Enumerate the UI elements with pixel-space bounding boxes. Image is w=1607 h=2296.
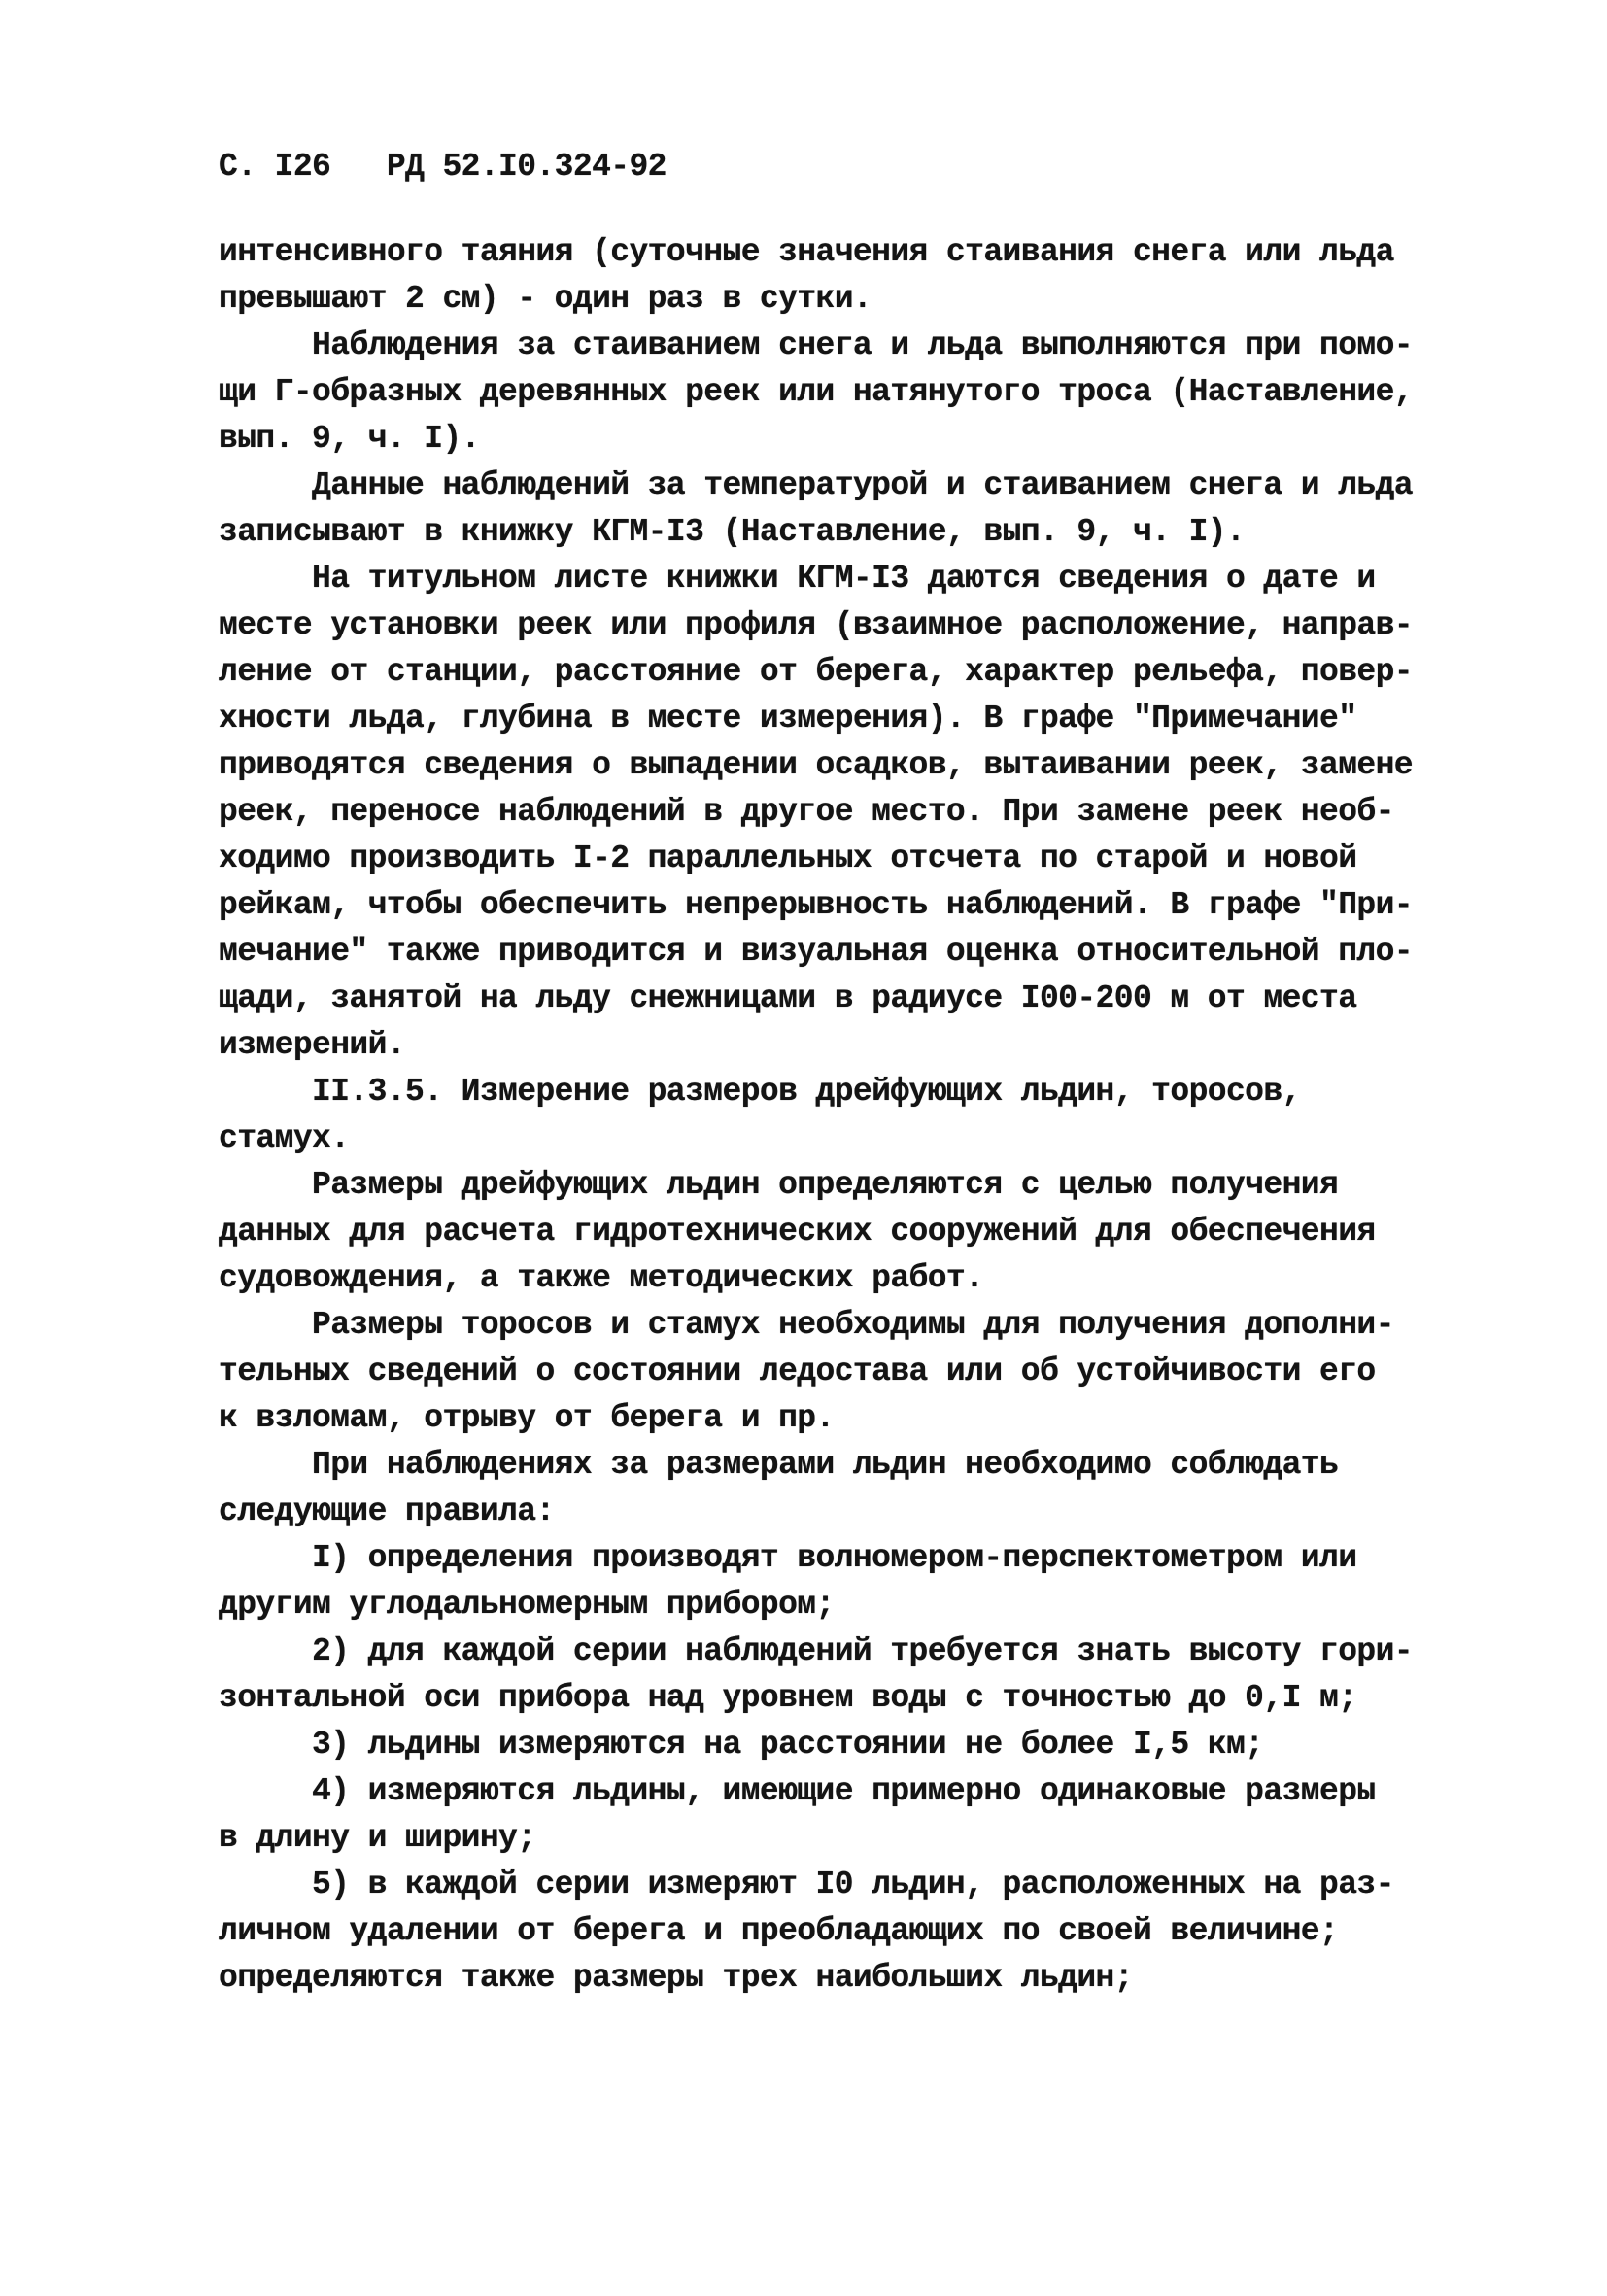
text-line: превышают 2 см) - один раз в сутки.: [219, 276, 1549, 323]
text-line: хности льда, глубина в месте измерения).…: [219, 696, 1549, 742]
text-line: записывают в книжку КГМ-I3 (Наставление,…: [219, 509, 1549, 556]
text-line: щи Г-образных деревянных реек или натяну…: [219, 369, 1549, 416]
text-line: ление от станции, расстояние от берега, …: [219, 649, 1549, 696]
text-line: 3) льдины измеряются на расстоянии не бо…: [219, 1722, 1549, 1768]
text-line: другим углодальномерным прибором;: [219, 1582, 1549, 1628]
text-line: приводятся сведения о выпадении осадков,…: [219, 742, 1549, 789]
text-line: При наблюдениях за размерами льдин необх…: [219, 1442, 1549, 1489]
text-line: судовождения, а также методических работ…: [219, 1255, 1549, 1302]
text-line: интенсивного таяния (суточные значения с…: [219, 229, 1549, 276]
text-line: следующие правила:: [219, 1489, 1549, 1535]
document-page: С. I26 РД 52.I0.324-92 интенсивного таян…: [0, 0, 1607, 2296]
text-line: Размеры дрейфующих льдин определяются с …: [219, 1162, 1549, 1209]
page-header: С. I26 РД 52.I0.324-92: [219, 144, 1549, 190]
text-line: 4) измеряются льдины, имеющие примерно о…: [219, 1768, 1549, 1815]
text-line: рейкам, чтобы обеспечить непрерывность н…: [219, 882, 1549, 929]
text-line: определяются также размеры трех наибольш…: [219, 1955, 1549, 2002]
text-line: Данные наблюдений за температурой и стаи…: [219, 463, 1549, 509]
text-line: щади, занятой на льду снежницами в радиу…: [219, 976, 1549, 1022]
text-line: Размеры торосов и стамух необходимы для …: [219, 1302, 1549, 1349]
text-line: данных для расчета гидротехнических соор…: [219, 1209, 1549, 1255]
text-line: I) определения производят волномером-пер…: [219, 1535, 1549, 1582]
text-line: II.3.5. Измерение размеров дрейфующих ль…: [219, 1069, 1549, 1115]
text-line: На титульном листе книжки КГМ-I3 даются …: [219, 556, 1549, 602]
text-line: мечание" также приводится и визуальная о…: [219, 929, 1549, 976]
text-line: тельных сведений о состоянии ледостава и…: [219, 1349, 1549, 1395]
text-line: измерений.: [219, 1022, 1549, 1069]
text-line: личном удалении от берега и преобладающи…: [219, 1908, 1549, 1955]
text-line: ходимо производить I-2 параллельных отсч…: [219, 836, 1549, 882]
text-line: Наблюдения за стаиванием снега и льда вы…: [219, 323, 1549, 369]
text-line: 2) для каждой серии наблюдений требуется…: [219, 1628, 1549, 1675]
text-line: месте установки реек или профиля (взаимн…: [219, 602, 1549, 649]
text-line: стамух.: [219, 1115, 1549, 1162]
text-line: зонтальной оси прибора над уровнем воды …: [219, 1675, 1549, 1722]
text-line: реек, переносе наблюдений в другое место…: [219, 789, 1549, 836]
text-line: 5) в каждой серии измеряют I0 льдин, рас…: [219, 1862, 1549, 1908]
text-line: вып. 9, ч. I).: [219, 416, 1549, 463]
text-line: в длину и ширину;: [219, 1815, 1549, 1862]
text-line: к взломам, отрыву от берега и пр.: [219, 1395, 1549, 1442]
document-body: интенсивного таяния (суточные значения с…: [219, 229, 1549, 2002]
